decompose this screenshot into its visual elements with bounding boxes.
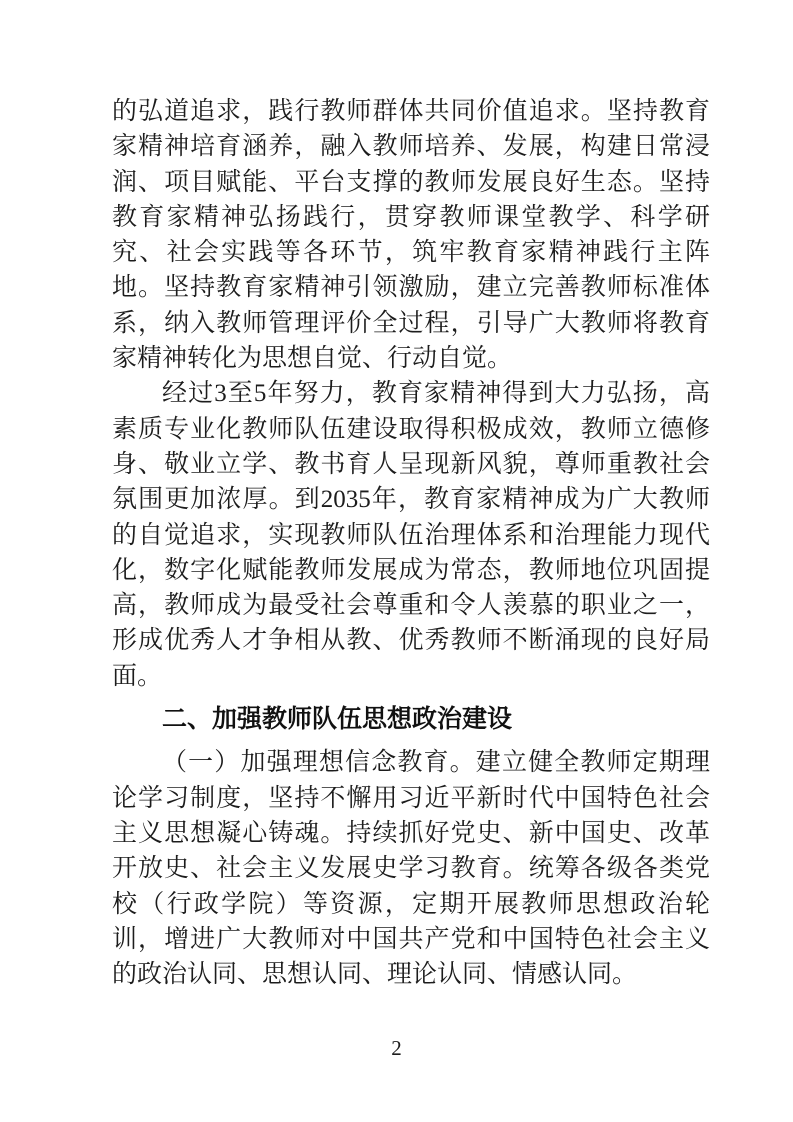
page-number: 2: [0, 1036, 793, 1060]
paragraph-goals: 经过3至5年努力，教育家精神得到大力弘扬，高素质专业化教师队伍建设取得积极成效，…: [112, 376, 710, 694]
document-body: 的弘道追求，践行教师群体共同价值追求。坚持教育家精神培育涵养，融入教师培养、发展…: [112, 94, 710, 992]
paragraph-ideals-education: （一）加强理想信念教育。建立健全教师定期理论学习制度，坚持不懈用习近平新时代中国…: [112, 745, 710, 992]
section-heading: 二、加强教师队伍思想政治建设: [112, 702, 710, 737]
document-page: 的弘道追求，践行教师群体共同价值追求。坚持教育家精神培育涵养，融入教师培养、发展…: [0, 0, 793, 1122]
paragraph-continuation: 的弘道追求，践行教师群体共同价值追求。坚持教育家精神培育涵养，融入教师培养、发展…: [112, 94, 710, 376]
